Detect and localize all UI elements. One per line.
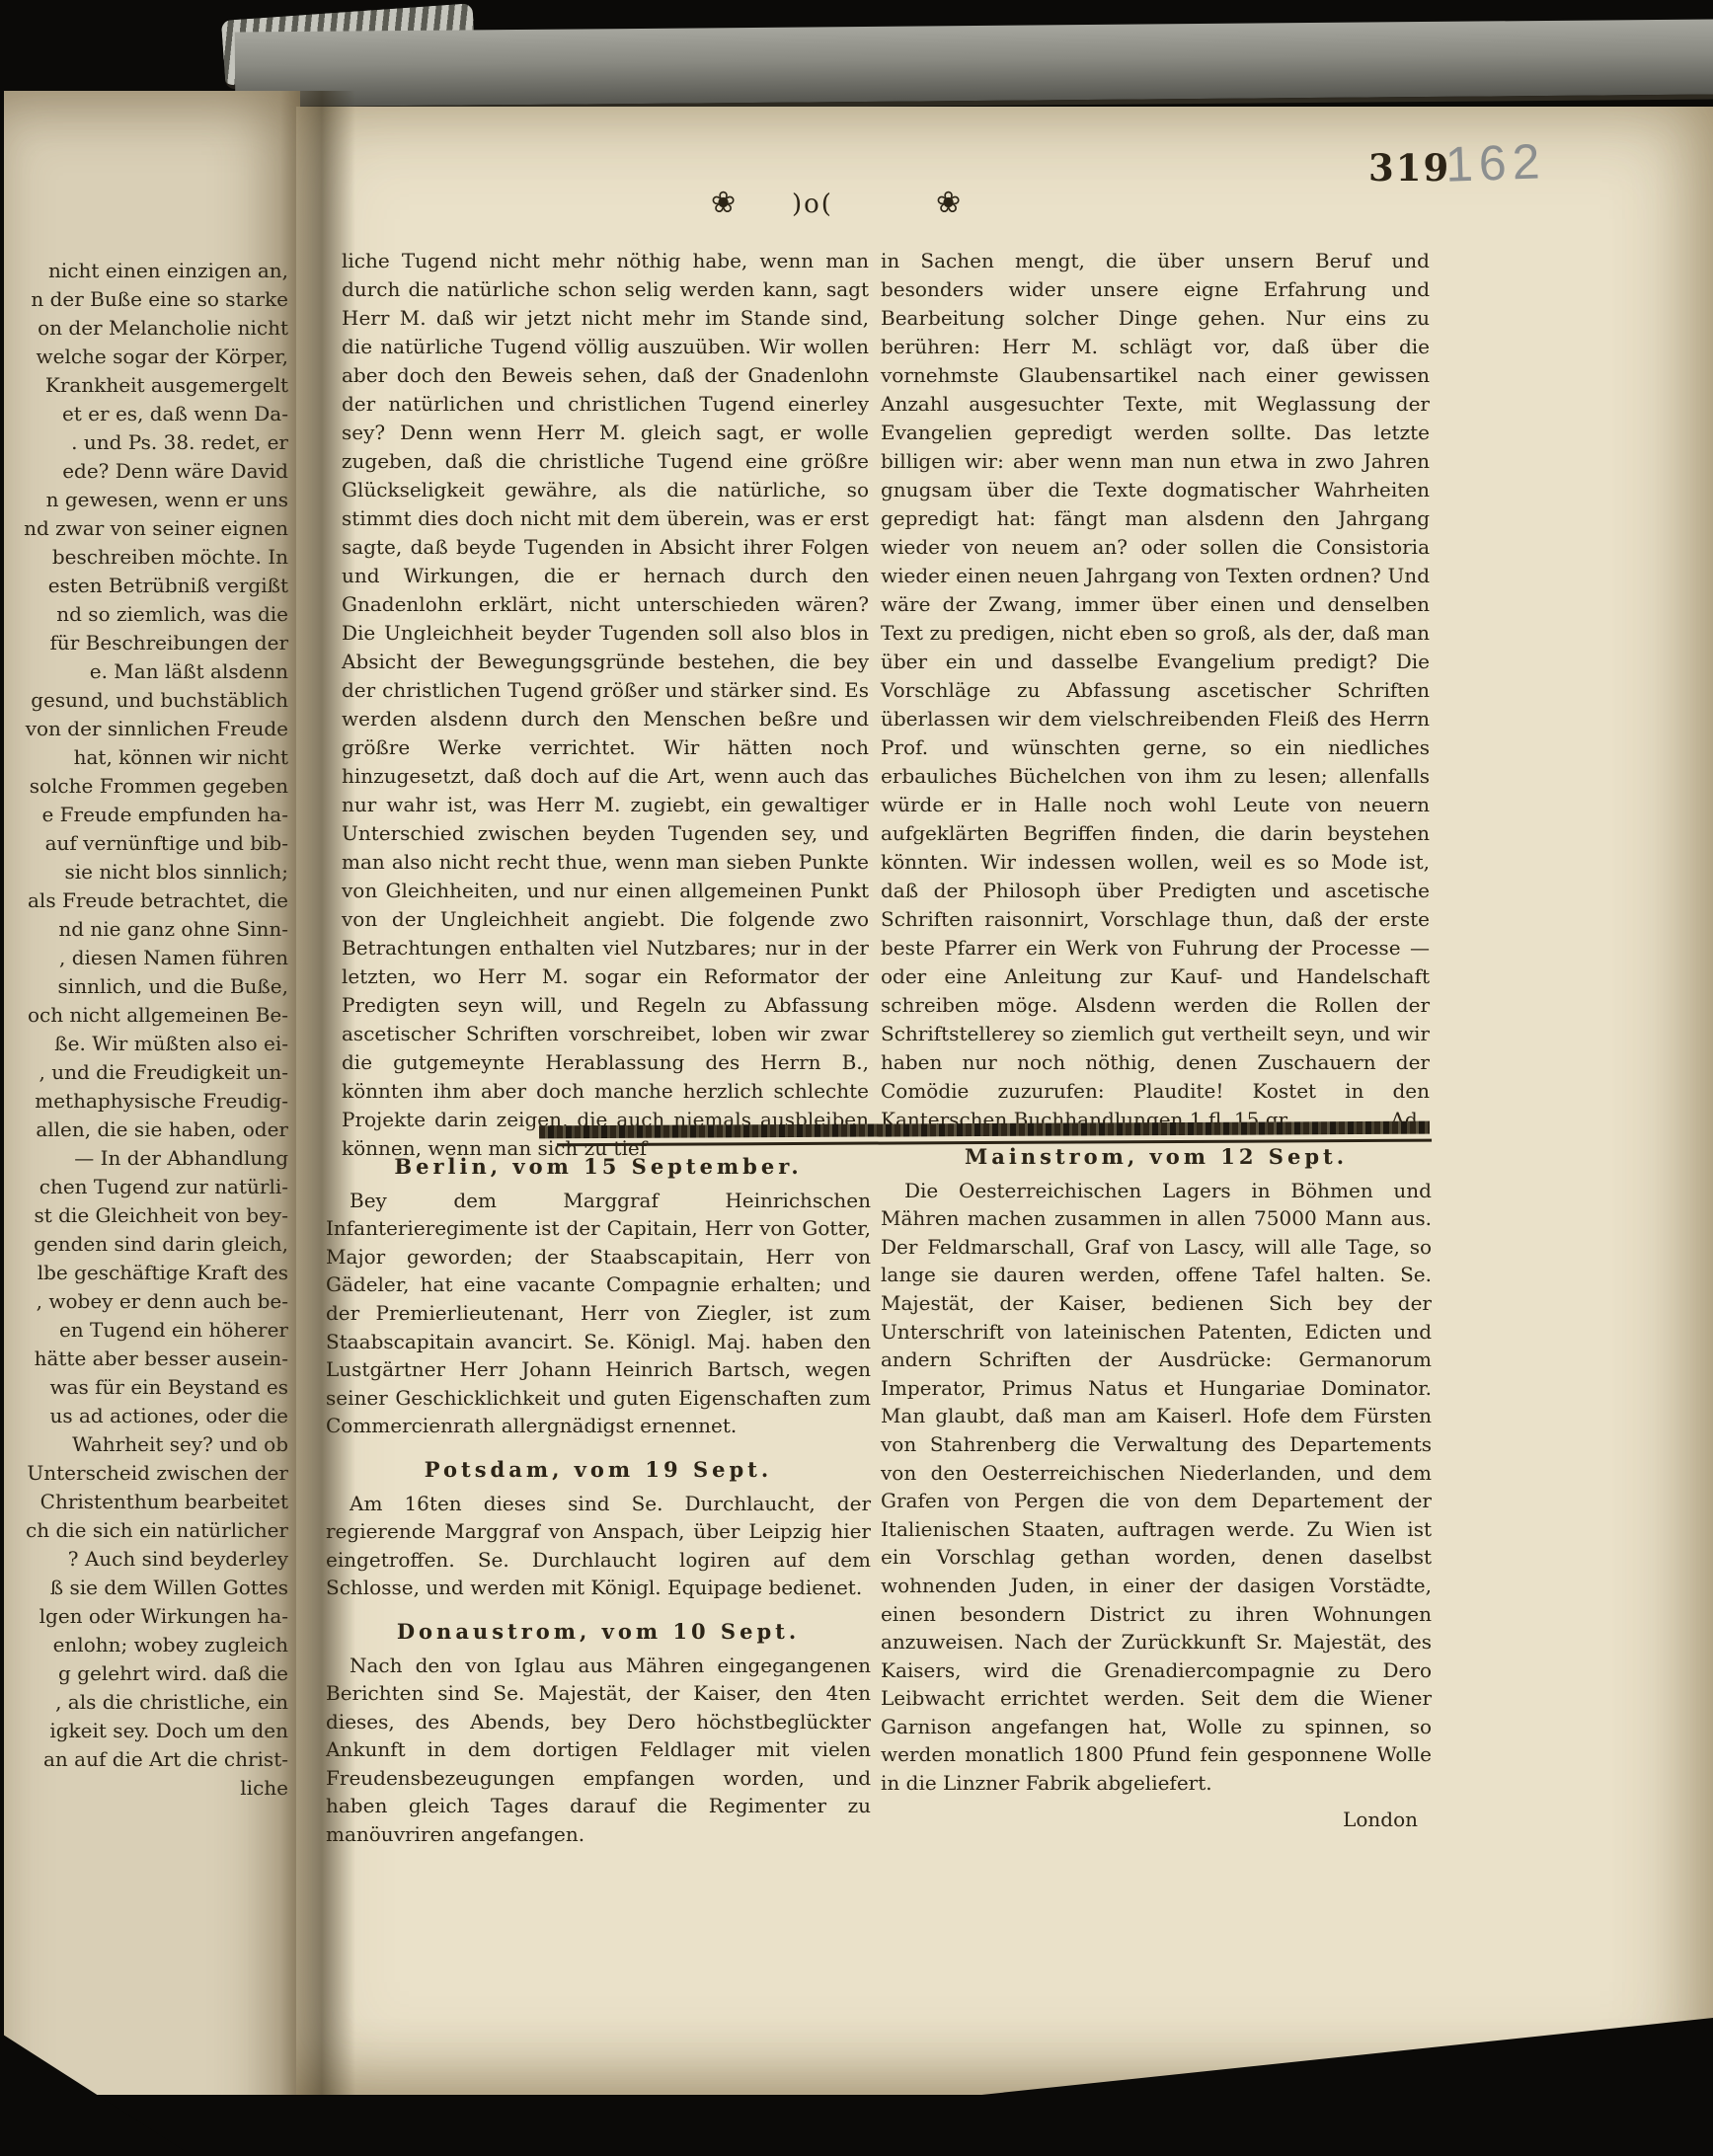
news-section-berlin: Berlin, vom 15 September. Bey dem Marggr…	[326, 1153, 871, 1440]
photo-bottom-edge	[0, 2095, 1713, 2156]
review-text-right: in Sachen mengt, die über unsern Beruf u…	[881, 247, 1430, 1134]
main-page: ❀ )o( ❀ 319 162 liche Tugend nicht mehr …	[296, 107, 1713, 2095]
section-heading-potsdam: Potsdam, vom 19 Sept.	[326, 1456, 871, 1485]
news-section-mainstrom: Mainstrom, vom 12 Sept. Die Oesterreichi…	[881, 1143, 1432, 1798]
book-scan-photo: nicht einen einzigen an, n der Buße eine…	[0, 0, 1713, 2156]
page-gutter-shadow	[280, 91, 355, 2095]
book-top-edge	[235, 19, 1713, 112]
section-body-mainstrom: Die Oesterreichischen Lagers in Böhmen u…	[881, 1177, 1432, 1798]
library-stamp-number: 162	[1444, 132, 1546, 193]
page-number: 319	[1368, 146, 1450, 190]
news-column-left: Berlin, vom 15 September. Bey dem Marggr…	[326, 1153, 871, 1849]
review-column-left: liche Tugend nicht mehr nöthig habe, wen…	[342, 247, 869, 1163]
section-body-potsdam: Am 16ten dieses sind Se. Durchlaucht, de…	[326, 1490, 871, 1602]
review-column-right: in Sachen mengt, die über unsern Beruf u…	[881, 247, 1430, 1134]
floral-ornament-left-icon: ❀	[711, 186, 736, 220]
floral-ornament-right-icon: ❀	[936, 186, 961, 220]
section-body-berlin: Bey dem Marggraf Heinrichschen Infanteri…	[326, 1187, 871, 1440]
facing-page-fragment: nicht einen einzigen an, n der Buße eine…	[4, 91, 300, 2156]
section-heading-donaustrom: Donaustrom, vom 10 Sept.	[326, 1618, 871, 1647]
section-heading-berlin: Berlin, vom 15 September.	[326, 1153, 871, 1182]
news-column-right: Mainstrom, vom 12 Sept. Die Oesterreichi…	[881, 1143, 1432, 1833]
facing-page-text: nicht einen einzigen an, n der Buße eine…	[10, 257, 288, 1803]
section-body-donaustrom: Nach den von Iglau aus Mähren eingegange…	[326, 1652, 871, 1849]
catchword: London	[881, 1806, 1432, 1834]
review-text-left: liche Tugend nicht mehr nöthig habe, wen…	[342, 247, 869, 1163]
news-section-potsdam: Potsdam, vom 19 Sept. Am 16ten dieses si…	[326, 1456, 871, 1602]
header-center-mark: )o(	[792, 190, 833, 219]
news-section-donaustrom: Donaustrom, vom 10 Sept. Nach den von Ig…	[326, 1618, 871, 1849]
section-heading-mainstrom: Mainstrom, vom 12 Sept.	[881, 1143, 1432, 1172]
photo-corner-bottom-left	[0, 2033, 193, 2156]
photo-corner-bottom-right	[963, 2018, 1713, 2097]
